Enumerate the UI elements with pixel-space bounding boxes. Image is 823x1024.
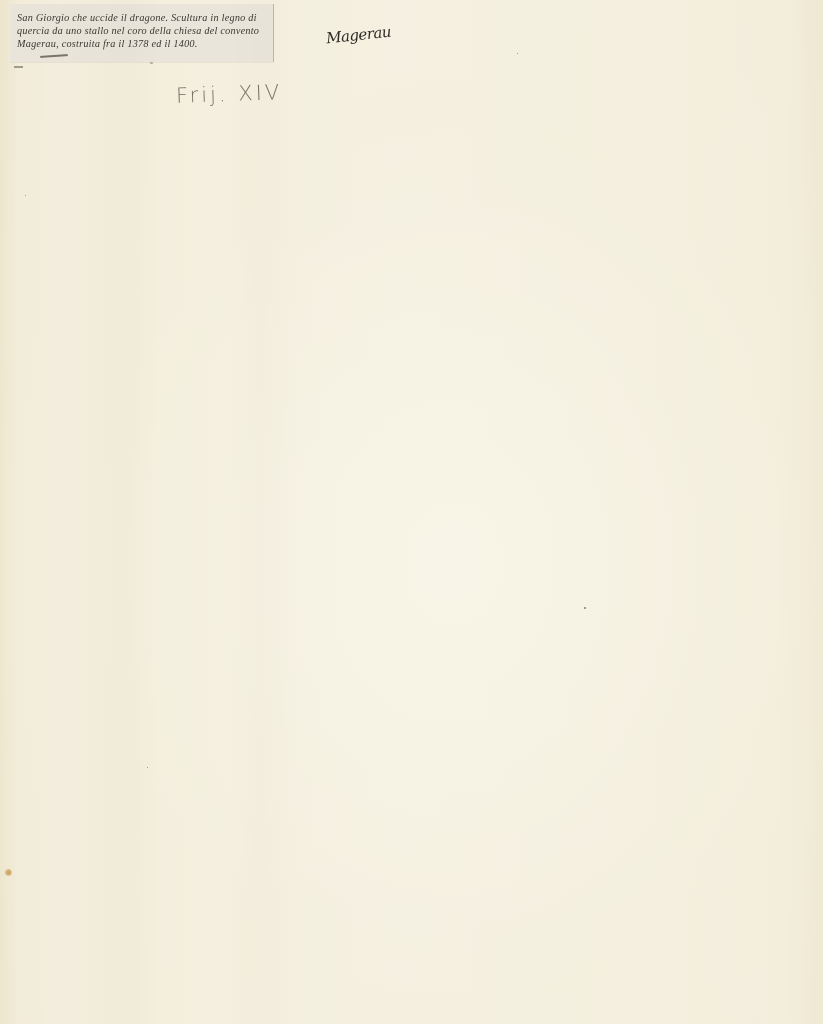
caption-line-2: quercia da uno stallo nel coro della chi… bbox=[17, 25, 269, 38]
paper-speck bbox=[25, 195, 26, 196]
caption-text: San Giorgio che uccide il dragone. Scult… bbox=[17, 12, 269, 51]
handwritten-inventory-number: Frij. XIV bbox=[176, 80, 283, 108]
caption-line-1: San Giorgio che uccide il dragone. Scult… bbox=[17, 12, 269, 25]
edge-mark bbox=[14, 66, 23, 68]
paper-speck bbox=[147, 767, 148, 768]
caption-line-3: Magerau, costruita fra il 1378 ed il 140… bbox=[17, 38, 269, 51]
handwritten-location-note: Magerau bbox=[325, 23, 392, 48]
paper-speck bbox=[150, 62, 153, 64]
mount-sheet: San Giorgio che uccide il dragone. Scult… bbox=[0, 0, 823, 1024]
paper-speck bbox=[517, 53, 518, 54]
foxing-spot bbox=[5, 869, 12, 876]
caption-label: San Giorgio che uccide il dragone. Scult… bbox=[10, 4, 274, 62]
paper-speck bbox=[584, 607, 586, 609]
